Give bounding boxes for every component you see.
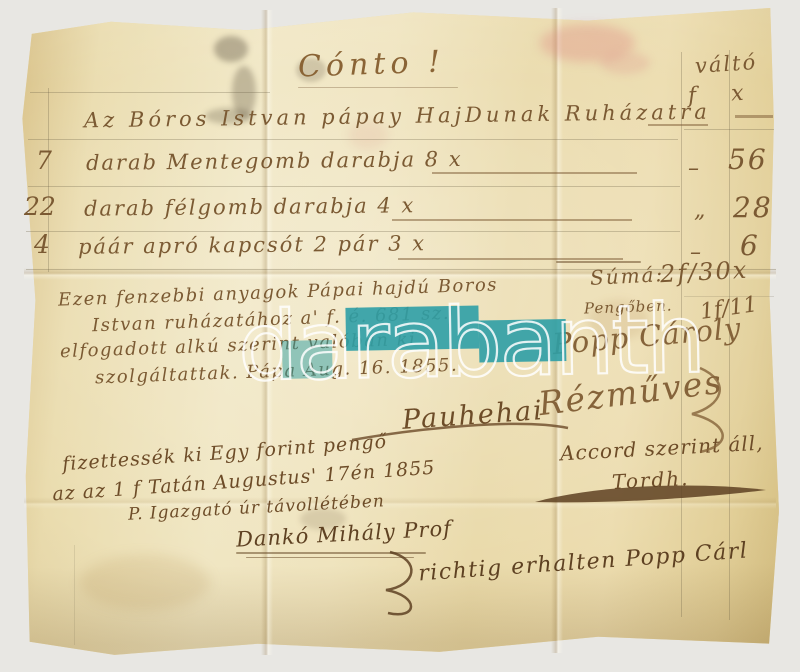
item-quantity: 7 xyxy=(36,148,52,173)
item-forint-mark: „ xyxy=(694,200,705,222)
item-description: darab Mentegomb darabja 8 x xyxy=(86,149,463,174)
accord-note-line: Tordh. xyxy=(612,468,690,492)
item-quantity: 22 xyxy=(24,194,56,219)
ink-stroke xyxy=(556,261,641,263)
document-title: Cónto ! xyxy=(298,47,446,82)
foxing-spot xyxy=(80,555,210,610)
ink-dash xyxy=(735,115,773,118)
ruled-line xyxy=(28,139,678,140)
ink-dash xyxy=(398,258,623,260)
signature-underline xyxy=(236,552,426,554)
item-quantity: 4 xyxy=(34,232,50,257)
photo-of-document: Cónto ! váltó f x Az Bóros Istvan pápay … xyxy=(0,0,800,672)
signature-underline xyxy=(246,557,414,558)
ruled-line-vertical xyxy=(74,545,75,645)
ink-smudge xyxy=(214,36,248,62)
item-description: páár apró kapcsót 2 pár 3 x xyxy=(78,233,426,258)
ruled-line xyxy=(28,186,680,187)
ink-dash xyxy=(392,219,632,221)
item-kreuzer-amount: 28 xyxy=(733,194,773,222)
ruled-line xyxy=(30,92,270,93)
sum-value: 2f∕30x xyxy=(659,258,748,287)
item-description: darab félgomb darabja 4 x xyxy=(84,195,415,219)
item-forint-mark: – xyxy=(688,158,699,180)
pengo-label: Pengőben. xyxy=(584,298,673,316)
sum-label: Súmá: xyxy=(590,264,665,288)
ruled-line xyxy=(684,129,774,130)
pink-stain xyxy=(600,52,650,74)
item-kreuzer-amount: 56 xyxy=(728,146,768,174)
currency-column-label: váltó xyxy=(694,52,758,77)
title-underline xyxy=(298,87,458,88)
ink-dash xyxy=(432,172,637,174)
